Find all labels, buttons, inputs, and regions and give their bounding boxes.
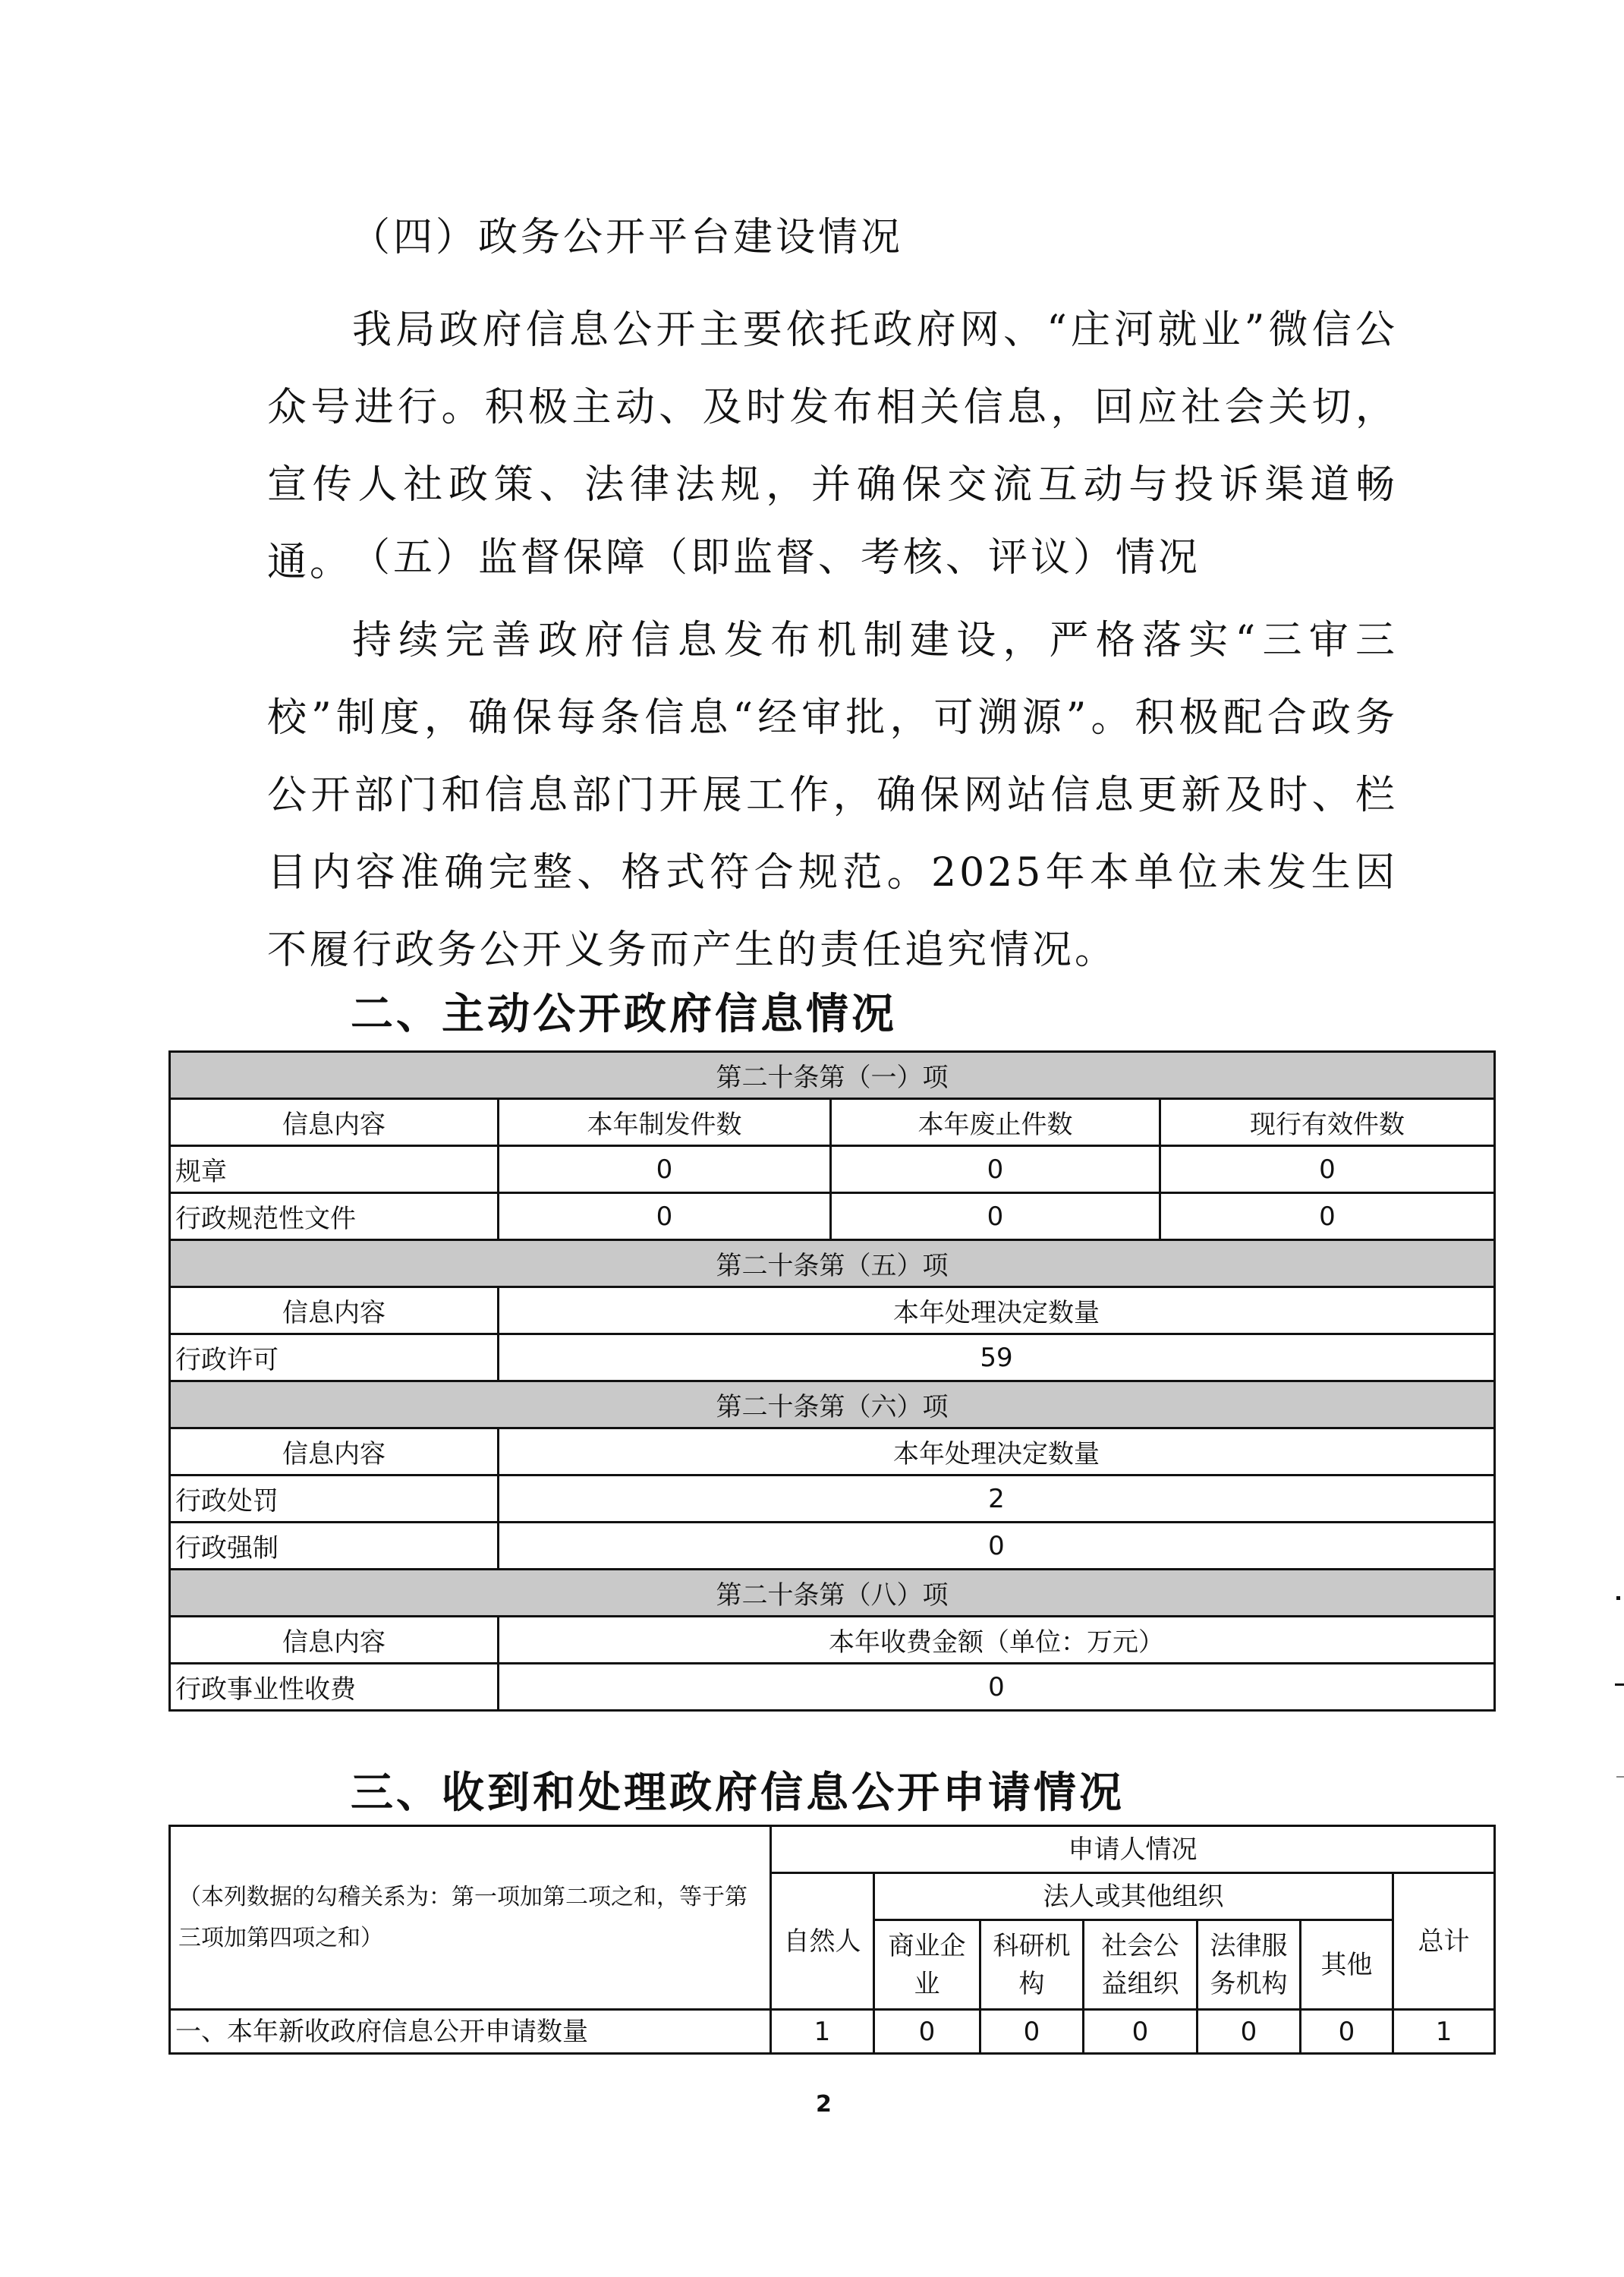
cell-value: 0 [874, 2010, 980, 2054]
header-row: 信息内容 本年收费金额（单位：万元） [170, 1617, 1495, 1664]
cell-value: 1 [771, 2010, 874, 2054]
band-item-5: 第二十条第（五）项 [170, 1240, 1495, 1287]
header-row: 信息内容 本年制发件数 本年废止件数 现行有效件数 [170, 1099, 1495, 1146]
section-5-heading: （五）监督保障（即监督、考核、评议）情况 [351, 525, 1201, 582]
col-header: 科研机构 [980, 1920, 1084, 2010]
col-header: 信息内容 [170, 1099, 499, 1146]
col-header-total: 总计 [1393, 1873, 1495, 2010]
applicant-header: 申请人情况 [771, 1826, 1495, 1873]
header-row: 信息内容 本年处理决定数量 [170, 1428, 1495, 1475]
cell-value: 0 [1084, 2010, 1198, 2054]
disclosure-requests-table: （本列数据的勾稽关系为：第一项加第二项之和，等于第三项加第四项之和） 申请人情况… [168, 1825, 1496, 2055]
part-2-title: 二、主动公开政府信息情况 [351, 981, 897, 1041]
cell-value: 0 [980, 2010, 1084, 2054]
table-row: 行政许可 59 [170, 1334, 1495, 1381]
band-item-1: 第二十条第（一）项 [170, 1052, 1495, 1099]
col-header-natural-person: 自然人 [771, 1873, 874, 2010]
cell-value: 0 [1160, 1146, 1495, 1193]
cell-value: 0 [831, 1146, 1160, 1193]
scan-mark [1615, 1683, 1624, 1686]
cell-value: 0 [499, 1193, 831, 1240]
row-label: 规章 [170, 1146, 499, 1193]
table-row: 一、本年新收政府信息公开申请数量 1 0 0 0 0 0 1 [170, 2010, 1495, 2054]
table-row: 行政处罚 2 [170, 1475, 1495, 1523]
cell-value: 0 [499, 1664, 1495, 1711]
row-label: 行政处罚 [170, 1475, 499, 1523]
band-row: 第二十条第（八）项 [170, 1570, 1495, 1617]
scan-mark [1616, 1776, 1624, 1778]
proactive-disclosure-table: 第二十条第（一）项 信息内容 本年制发件数 本年废止件数 现行有效件数 规章 0… [168, 1050, 1496, 1712]
band-item-6: 第二十条第（六）项 [170, 1381, 1495, 1428]
col-header: 其他 [1301, 1920, 1393, 2010]
cell-value: 1 [1393, 2010, 1495, 2054]
col-header: 现行有效件数 [1160, 1099, 1495, 1146]
section-4-heading: （四）政务公开平台建设情况 [351, 205, 903, 262]
org-header: 法人或其他组织 [874, 1873, 1393, 1920]
cell-value: 0 [831, 1193, 1160, 1240]
col-header: 本年处理决定数量 [499, 1428, 1495, 1475]
header-row: 信息内容 本年处理决定数量 [170, 1287, 1495, 1334]
cell-value: 0 [499, 1523, 1495, 1570]
page-number: 2 [816, 2091, 832, 2118]
col-header: 社会公益组织 [1084, 1920, 1198, 2010]
part-3-title: 三、收到和处理政府信息公开申请情况 [351, 1759, 1125, 1820]
band-row: 第二十条第（一）项 [170, 1052, 1495, 1099]
row-label: 行政强制 [170, 1523, 499, 1570]
col-header: 商业企业 [874, 1920, 980, 2010]
band-row: 第二十条第（五）项 [170, 1240, 1495, 1287]
cell-value: 0 [1160, 1193, 1495, 1240]
col-header: 本年收费金额（单位：万元） [499, 1617, 1495, 1664]
band-item-8: 第二十条第（八）项 [170, 1570, 1495, 1617]
scan-mark [1616, 1596, 1620, 1600]
col-header: 本年废止件数 [831, 1099, 1160, 1146]
table-row: 行政事业性收费 0 [170, 1664, 1495, 1711]
cell-value: 0 [1198, 2010, 1301, 2054]
col-header: 本年制发件数 [499, 1099, 831, 1146]
cell-value: 59 [499, 1334, 1495, 1381]
table-row: 行政强制 0 [170, 1523, 1495, 1570]
cell-value: 0 [1301, 2010, 1393, 2054]
row-label: 行政规范性文件 [170, 1193, 499, 1240]
col-header: 法律服务机构 [1198, 1920, 1301, 2010]
col-header: 信息内容 [170, 1617, 499, 1664]
row-label: 一、本年新收政府信息公开申请数量 [170, 2010, 771, 2054]
cell-value: 0 [499, 1146, 831, 1193]
reconciliation-note: （本列数据的勾稽关系为：第一项加第二项之和，等于第三项加第四项之和） [170, 1826, 771, 2010]
table-row: 规章 0 0 0 [170, 1146, 1495, 1193]
row-label: 行政许可 [170, 1334, 499, 1381]
col-header: 本年处理决定数量 [499, 1287, 1495, 1334]
section-5-body: 持续完善政府信息发布机制建设，严格落实“三审三校”制度，确保每条信息“经审批，可… [267, 602, 1398, 989]
cell-value: 2 [499, 1475, 1495, 1523]
col-header: 信息内容 [170, 1428, 499, 1475]
col-header: 信息内容 [170, 1287, 499, 1334]
band-row: 第二十条第（六）项 [170, 1381, 1495, 1428]
row-label: 行政事业性收费 [170, 1664, 499, 1711]
table-row: 行政规范性文件 0 0 0 [170, 1193, 1495, 1240]
